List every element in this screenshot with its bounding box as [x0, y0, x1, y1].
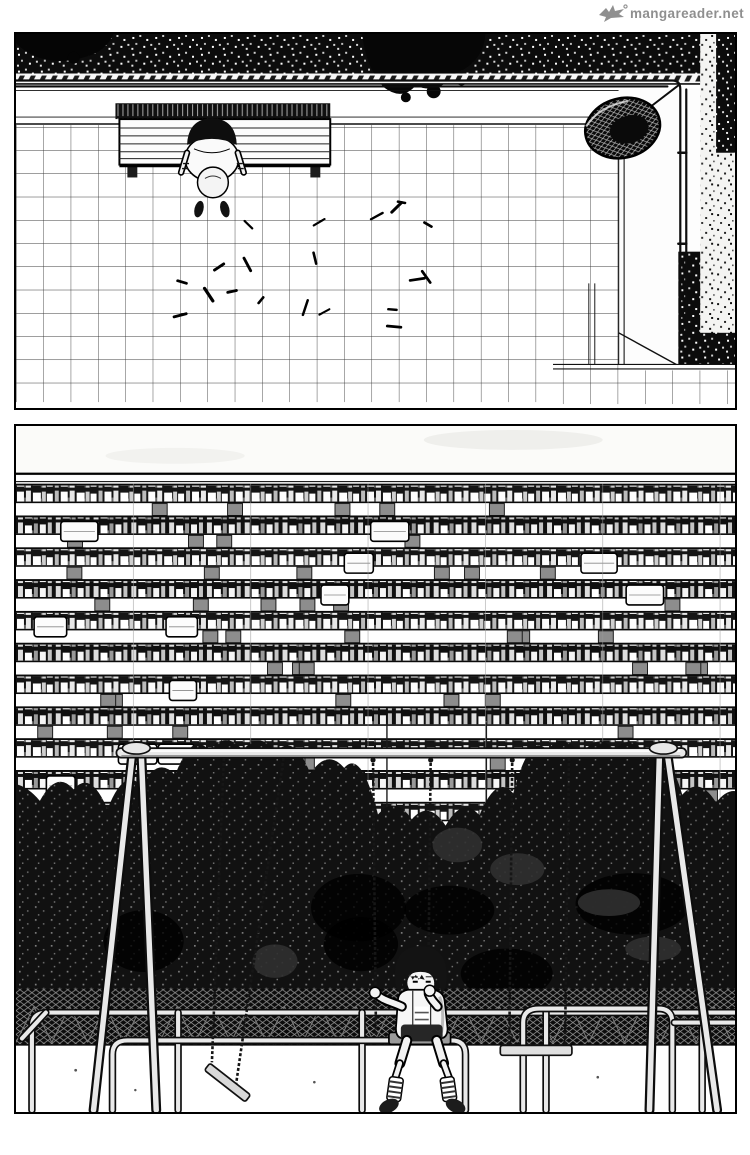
sky — [16, 426, 735, 476]
watermark-text: mangareader.net — [630, 6, 744, 21]
low-wall — [16, 1044, 735, 1110]
shrub-dark-corner — [716, 34, 735, 153]
manga-page[interactable]: { "watermark": { "icon": "mangareader-lo… — [0, 0, 750, 1155]
mangareader-logo-icon — [598, 3, 628, 23]
panel-playground-illustration — [16, 426, 735, 1112]
watermark: mangareader.net — [598, 2, 744, 24]
panel-courtyard — [14, 32, 737, 410]
panel-courtyard-illustration — [16, 34, 735, 408]
bench-hedge — [115, 103, 330, 119]
wall-edge-hatch — [16, 74, 700, 84]
panel-playground — [14, 424, 737, 1114]
